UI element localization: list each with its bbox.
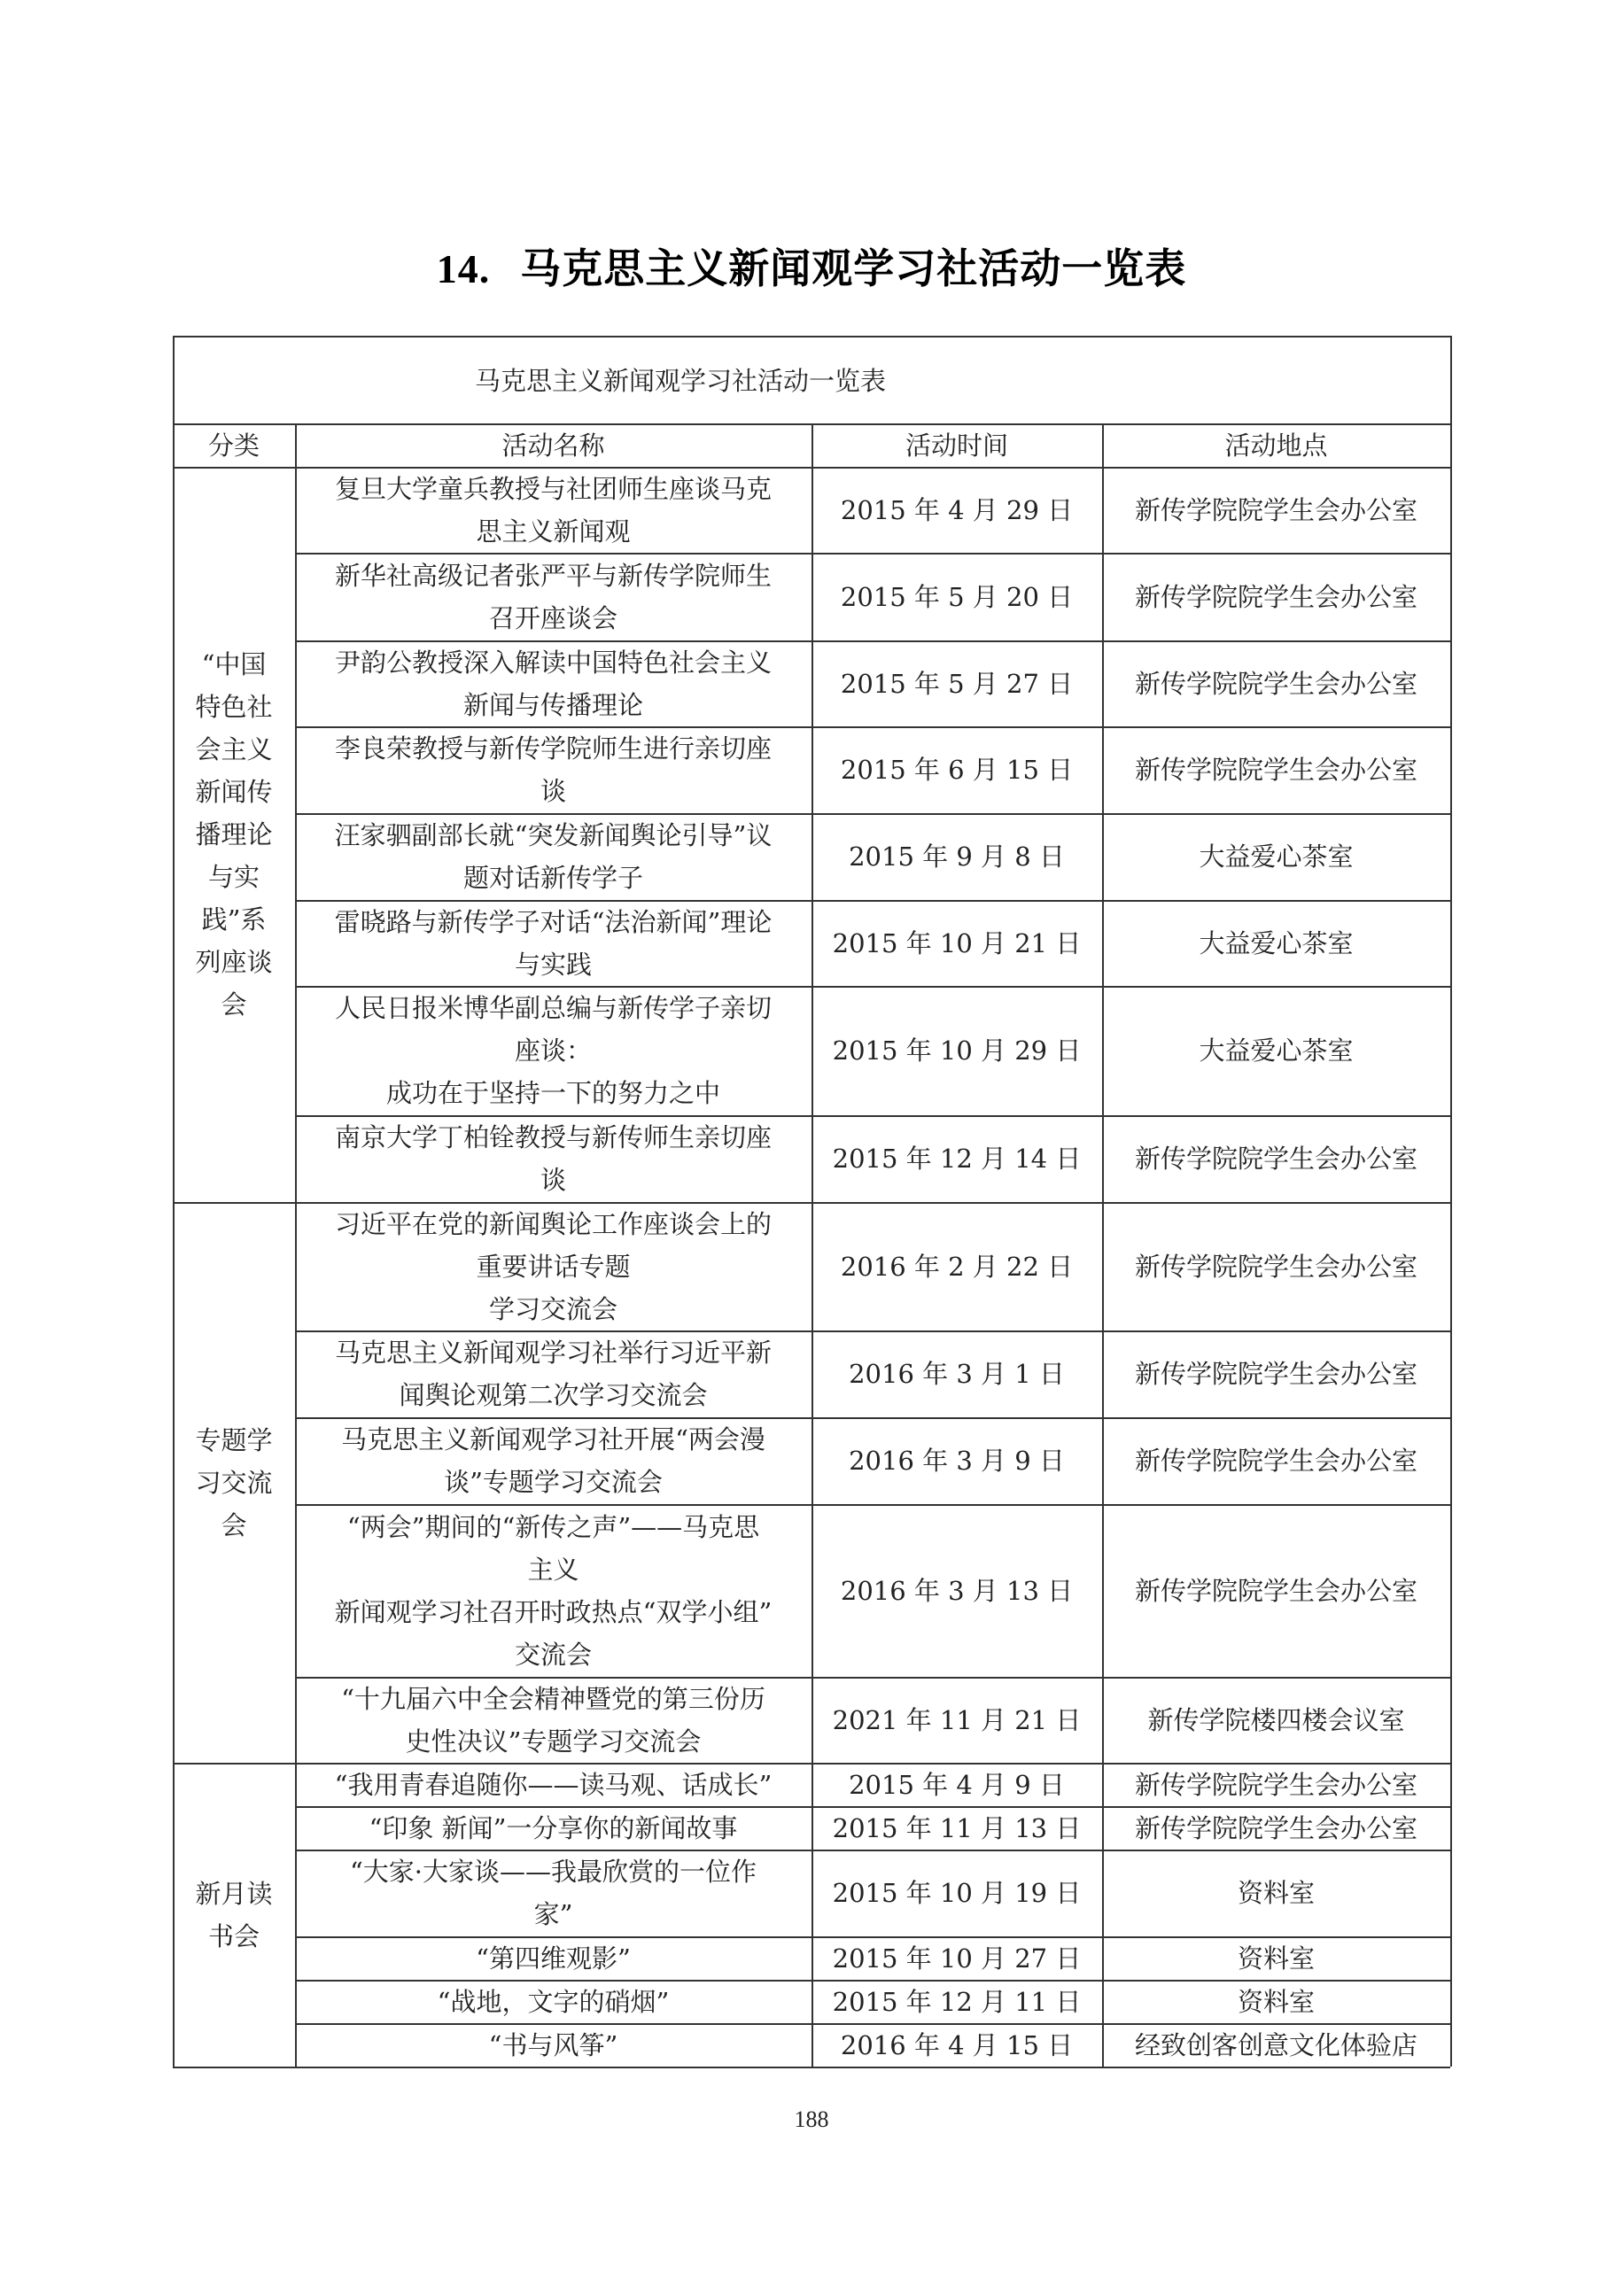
table-cell-name: 李良荣教授与新传学院师生进行亲切座 谈 — [295, 726, 811, 813]
table-cell-name: 南京大学丁柏铨教授与新传师生亲切座 谈 — [295, 1115, 811, 1202]
document-title: 14.马克思主义新闻观学习社活动一览表 — [0, 241, 1623, 296]
table-cell-name: “十九届六中全会精神暨党的第三份历 史性决议”专题学习交流会 — [295, 1677, 811, 1763]
table-cell-name: 马克思主义新闻观学习社开展“两会漫 谈”专题学习交流会 — [295, 1417, 811, 1504]
table-cell-place: 新传学院院学生会办公室 — [1102, 726, 1450, 813]
category-cell: “中国 特色社 会主义 新闻传 播理论 与实 践”系 列座谈 会 — [173, 467, 295, 1202]
table-cell-name: 雷晓路与新传学子对话“法治新闻”理论 与实践 — [295, 900, 811, 986]
table-cell-name: 马克思主义新闻观学习社举行习近平新 闻舆论观第二次学习交流会 — [295, 1330, 811, 1417]
table-border-right — [1450, 336, 1452, 2067]
table-cell-name: “大家·大家谈——我最欣赏的一位作 家” — [295, 1850, 811, 1936]
title-text: 马克思主义新闻观学习社活动一览表 — [520, 244, 1186, 292]
table-cell-place: 资料室 — [1102, 1936, 1450, 1980]
category-cell: 新月读 书会 — [173, 1763, 295, 2067]
table-header-cell: 分类 — [173, 423, 295, 467]
table-cell-name: “第四维观影” — [295, 1936, 811, 1980]
table-cell-name: 尹韵公教授深入解读中国特色社会主义 新闻与传播理论 — [295, 640, 811, 726]
table-cell-date: 2015 年 12 月 11 日 — [811, 1980, 1102, 2023]
table-cell-date: 2015 年 10 月 19 日 — [811, 1850, 1102, 1936]
activity-table: 马克思主义新闻观学习社活动一览表 分类活动名称活动时间活动地点“中国 特色社 会… — [173, 336, 1450, 2067]
table-cell-place: 大益爱心茶室 — [1102, 900, 1450, 986]
table-cell-name: 汪家驷副部长就“突发新闻舆论引导”议 题对话新传学子 — [295, 813, 811, 900]
table-cell-place: 大益爱心茶室 — [1102, 986, 1450, 1115]
table-cell-place: 新传学院院学生会办公室 — [1102, 1202, 1450, 1330]
table-cell-name: 人民日报米博华副总编与新传学子亲切 座谈： 成功在于坚持一下的努力之中 — [295, 986, 811, 1115]
table-cell-date: 2016 年 4 月 15 日 — [811, 2023, 1102, 2067]
table-cell-place: 新传学院院学生会办公室 — [1102, 1115, 1450, 1202]
table-cell-date: 2016 年 2 月 22 日 — [811, 1202, 1102, 1330]
table-border-top — [173, 336, 1450, 337]
table-cell-date: 2015 年 4 月 9 日 — [811, 1763, 1102, 1806]
table-cell-place: 新传学院院学生会办公室 — [1102, 1763, 1450, 1806]
table-cell-place: 资料室 — [1102, 1850, 1450, 1936]
table-cell-date: 2015 年 10 月 21 日 — [811, 900, 1102, 986]
table-cell-date: 2016 年 3 月 9 日 — [811, 1417, 1102, 1504]
table-cell-date: 2015 年 6 月 15 日 — [811, 726, 1102, 813]
table-cell-place: 新传学院楼四楼会议室 — [1102, 1677, 1450, 1763]
table-cell-place: 新传学院院学生会办公室 — [1102, 640, 1450, 726]
page-number: 188 — [0, 2106, 1623, 2133]
table-border-bottom — [173, 2067, 1450, 2068]
table-header-cell: 活动地点 — [1102, 423, 1450, 467]
table-cell-place: 新传学院院学生会办公室 — [1102, 553, 1450, 640]
table-cell-place: 新传学院院学生会办公室 — [1102, 467, 1450, 553]
table-cell-place: 新传学院院学生会办公室 — [1102, 1417, 1450, 1504]
table-cell-date: 2021 年 11 月 21 日 — [811, 1677, 1102, 1763]
table-cell-name: “书与风筝” — [295, 2023, 811, 2067]
table-cell-date: 2015 年 12 月 14 日 — [811, 1115, 1102, 1202]
table-cell-date: 2015 年 10 月 27 日 — [811, 1936, 1102, 1980]
table-cell-date: 2015 年 11 月 13 日 — [811, 1806, 1102, 1850]
table-cell-date: 2015 年 9 月 8 日 — [811, 813, 1102, 900]
table-cell-date: 2015 年 5 月 27 日 — [811, 640, 1102, 726]
table-cell-name: “印象 新闻”一分享你的新闻故事 — [295, 1806, 811, 1850]
table-cell-name: “我用青春追随你——读马观、话成长” — [295, 1763, 811, 1806]
table-cell-name: 新华社高级记者张严平与新传学院师生 召开座谈会 — [295, 553, 811, 640]
table-cell-name: “战地，文字的硝烟” — [295, 1980, 811, 2023]
table-cell-date: 2015 年 10 月 29 日 — [811, 986, 1102, 1115]
table-cell-name: “两会”期间的“新传之声”——马克思 主义 新闻观学习社召开时政热点“双学小组”… — [295, 1504, 811, 1677]
table-cell-place: 大益爱心茶室 — [1102, 813, 1450, 900]
table-cell-date: 2016 年 3 月 1 日 — [811, 1330, 1102, 1417]
table-cell-place: 新传学院院学生会办公室 — [1102, 1504, 1450, 1677]
table-cell-place: 经致创客创意文化体验店 — [1102, 2023, 1450, 2067]
table-caption: 马克思主义新闻观学习社活动一览表 — [475, 336, 886, 423]
table-cell-date: 2015 年 5 月 20 日 — [811, 553, 1102, 640]
table-header-cell: 活动名称 — [295, 423, 811, 467]
table-cell-name: 习近平在党的新闻舆论工作座谈会上的 重要讲话专题 学习交流会 — [295, 1202, 811, 1330]
table-cell-place: 新传学院院学生会办公室 — [1102, 1330, 1450, 1417]
category-cell: 专题学 习交流 会 — [173, 1202, 295, 1763]
title-number: 14. — [437, 246, 491, 291]
table-cell-name: 复旦大学童兵教授与社团师生座谈马克 思主义新闻观 — [295, 467, 811, 553]
table-header-cell: 活动时间 — [811, 423, 1102, 467]
table-cell-date: 2016 年 3 月 13 日 — [811, 1504, 1102, 1677]
table-cell-date: 2015 年 4 月 29 日 — [811, 467, 1102, 553]
table-cell-place: 资料室 — [1102, 1980, 1450, 2023]
table-cell-place: 新传学院院学生会办公室 — [1102, 1806, 1450, 1850]
